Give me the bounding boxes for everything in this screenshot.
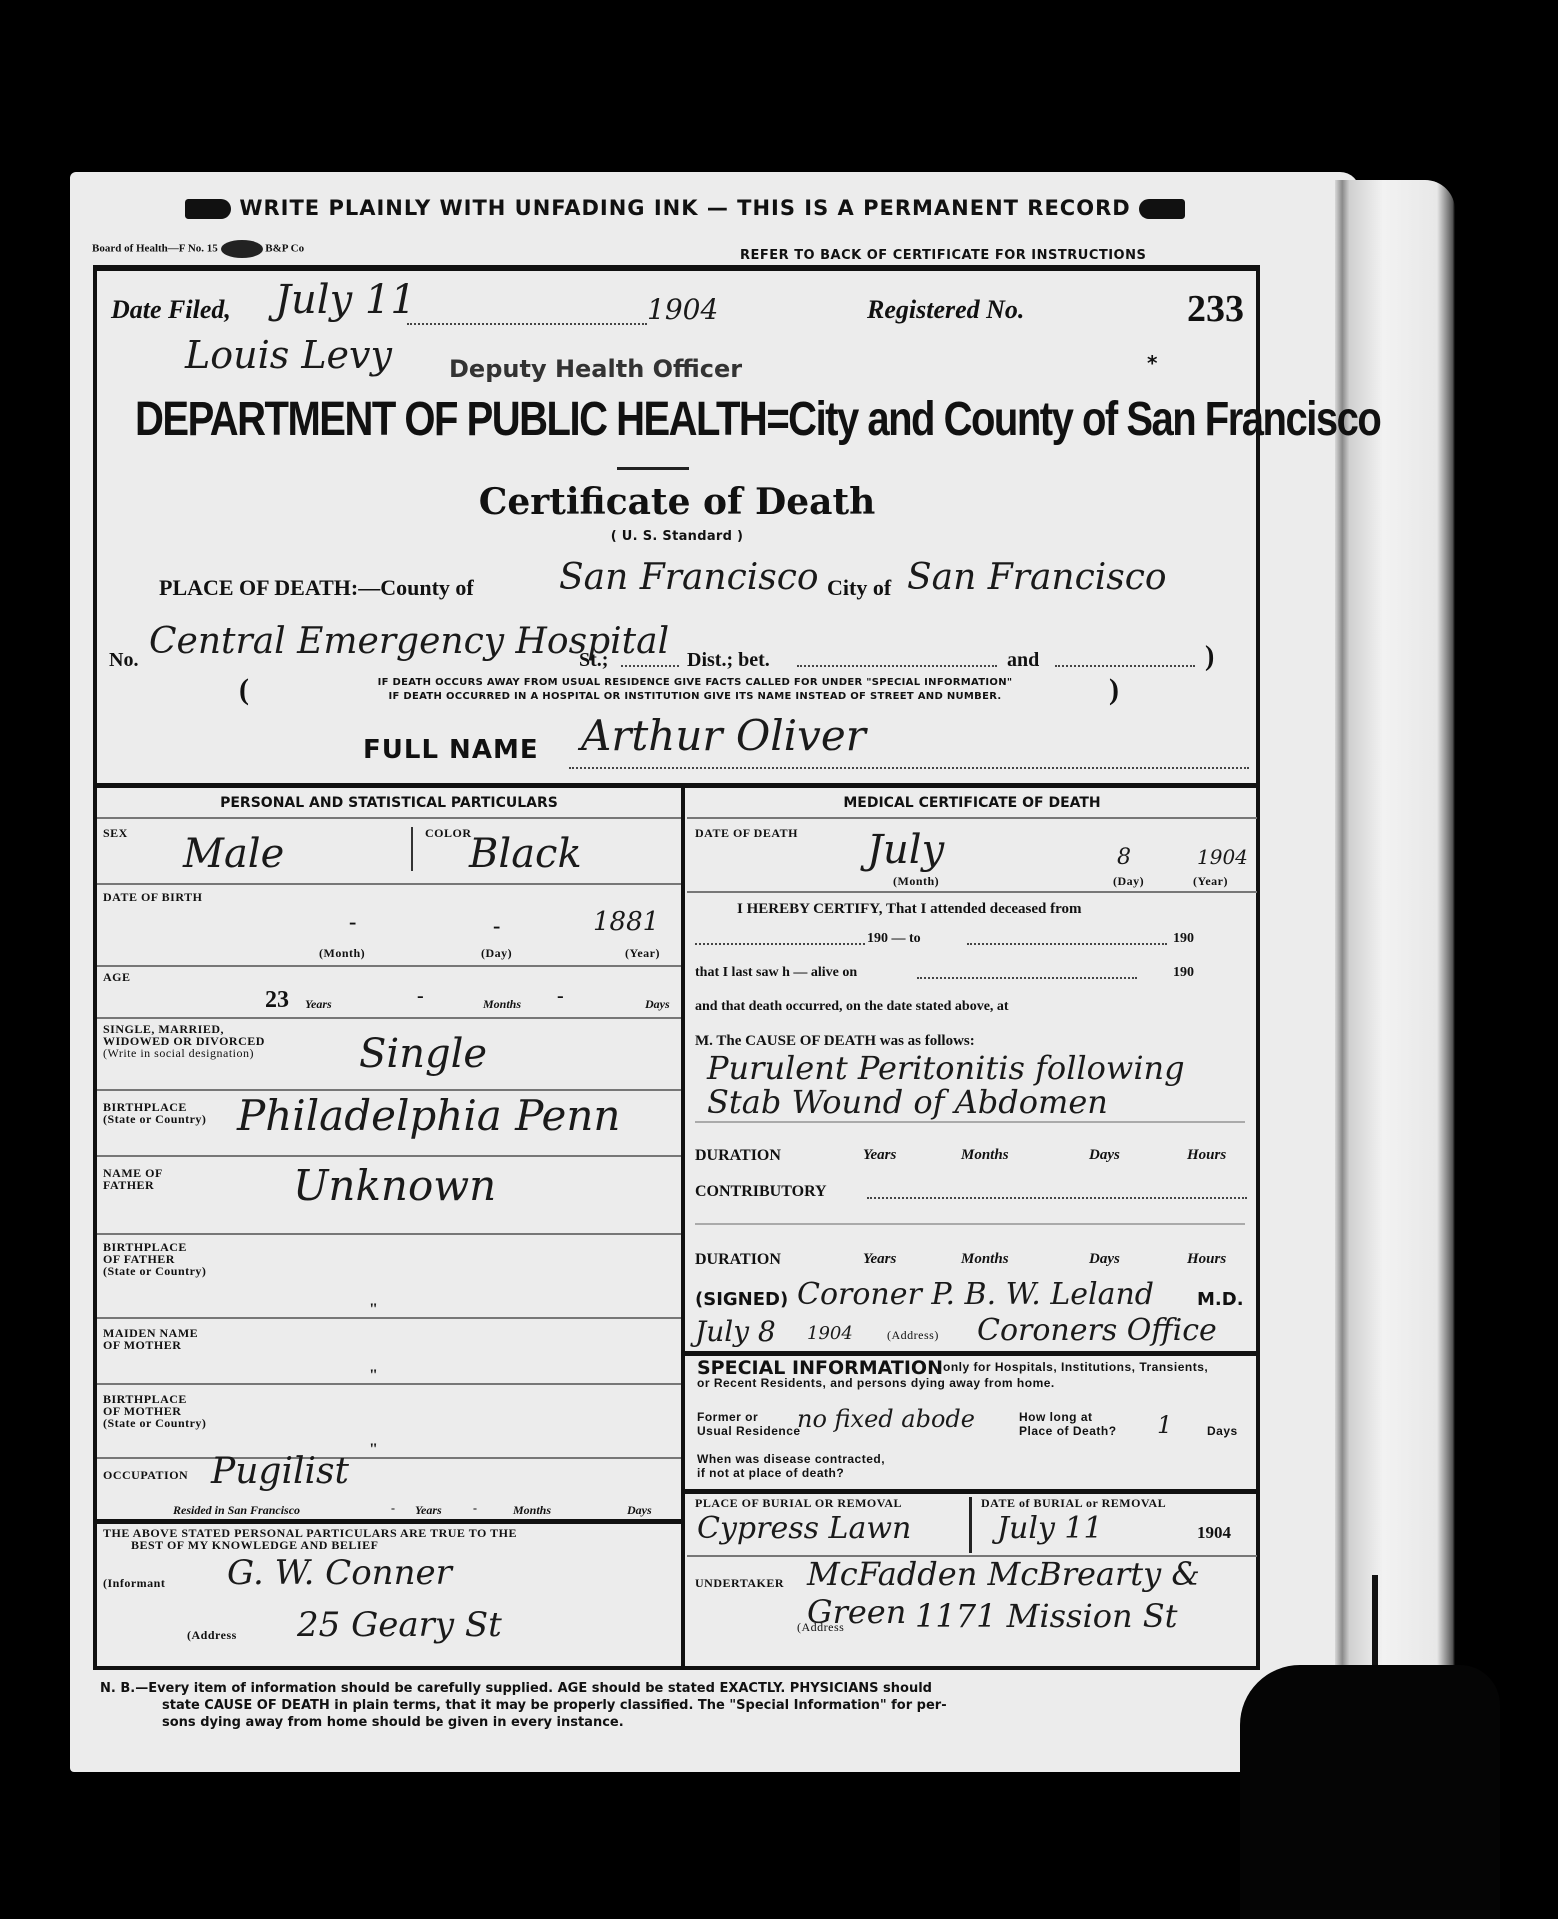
- dob-day: -: [493, 913, 500, 939]
- burial-year: 1904: [1197, 1523, 1231, 1543]
- officer-signature: Louis Levy: [185, 333, 392, 377]
- informant-address: 25 Geary St: [297, 1605, 502, 1645]
- column-divider: [681, 785, 685, 1670]
- signed-date: July 8: [695, 1315, 776, 1348]
- burial-date-value: July 11: [997, 1511, 1103, 1546]
- age-years: 23: [265, 987, 289, 1014]
- full-name-value: Arthur Oliver: [581, 711, 866, 760]
- usual-residence-value: no fixed abode: [797, 1405, 975, 1433]
- personal-section-title: PERSONAL AND STATISTICAL PARTICULARS: [97, 795, 681, 811]
- sex-value: Male: [183, 831, 284, 877]
- place-note-1: IF DEATH OCCURS AWAY FROM USUAL RESIDENC…: [265, 677, 1125, 688]
- date-filed-label: Date Filed,: [111, 295, 231, 325]
- contributory-label: CONTRIBUTORY: [695, 1183, 827, 1201]
- occupation-value: Pugilist: [211, 1451, 349, 1492]
- physician-address: Coroners Office: [977, 1313, 1217, 1348]
- burial-place-value: Cypress Lawn: [697, 1511, 911, 1546]
- city-label: City of: [827, 575, 891, 601]
- place-of-death-label: PLACE OF DEATH:—County of: [159, 575, 474, 601]
- color-value: Black: [469, 831, 582, 877]
- county-value: San Francisco: [559, 557, 819, 598]
- dob-year: 1881: [593, 907, 659, 937]
- marital-value: Single: [359, 1031, 487, 1077]
- registered-label: Registered No.: [867, 295, 1024, 325]
- officer-title: Deputy Health Officer: [449, 355, 742, 383]
- pointing-hand-icon: [185, 199, 231, 219]
- informant-value: G. W. Conner: [227, 1553, 452, 1593]
- banner-text: WRITE PLAINLY WITH UNFADING INK — THIS I…: [239, 196, 1130, 220]
- how-long-value: 1: [1157, 1411, 1172, 1439]
- footnote: N. B.—Every item of information should b…: [100, 1680, 947, 1731]
- medical-section-title: MEDICAL CERTIFICATE OF DEATH: [687, 795, 1257, 811]
- union-seal-icon: [221, 240, 263, 258]
- pointing-hand-icon: [1139, 199, 1185, 219]
- certificate-title: Certificate of Death: [97, 481, 1257, 523]
- spine-mark: [1372, 1575, 1378, 1675]
- date-filed-value: July 11: [275, 277, 416, 323]
- full-name-label: FULL NAME: [363, 735, 539, 765]
- city-value: San Francisco: [907, 557, 1167, 598]
- dod-month: July: [867, 827, 944, 873]
- dob-month: -: [349, 909, 356, 935]
- certificate-frame: Date Filed, July 11 1904 Registered No. …: [93, 265, 1260, 1670]
- cause-of-death-line-1: Purulent Peritonitis following: [707, 1049, 1185, 1087]
- thumb-shadow: [1240, 1665, 1500, 1919]
- form-number: Board of Health—F No. 15 B&P Co: [92, 240, 304, 258]
- refer-note: REFER TO BACK OF CERTIFICATE FOR INSTRUC…: [740, 248, 1146, 263]
- dod-year: 1904: [1197, 845, 1248, 869]
- birthplace-value: Philadelphia Penn: [237, 1091, 620, 1140]
- physician-signature: Coroner P. B. W. Leland: [797, 1277, 1154, 1312]
- permanent-record-banner: WRITE PLAINLY WITH UNFADING INK — THIS I…: [150, 196, 1220, 220]
- father-value: Unknown: [293, 1161, 496, 1210]
- undertaker-address: 1171 Mission St: [915, 1597, 1178, 1635]
- dod-day: 8: [1117, 845, 1131, 870]
- registered-number: 233: [1187, 287, 1244, 331]
- place-note-2: IF DEATH OCCURRED IN A HOSPITAL OR INSTI…: [265, 691, 1125, 702]
- us-standard: ( U. S. Standard ): [97, 529, 1257, 544]
- cause-of-death-line-2: Stab Wound of Abdomen: [707, 1083, 1108, 1121]
- date-filed-year: 1904: [647, 293, 718, 326]
- department-title: DEPARTMENT OF PUBLIC HEALTH=City and Cou…: [135, 393, 1380, 447]
